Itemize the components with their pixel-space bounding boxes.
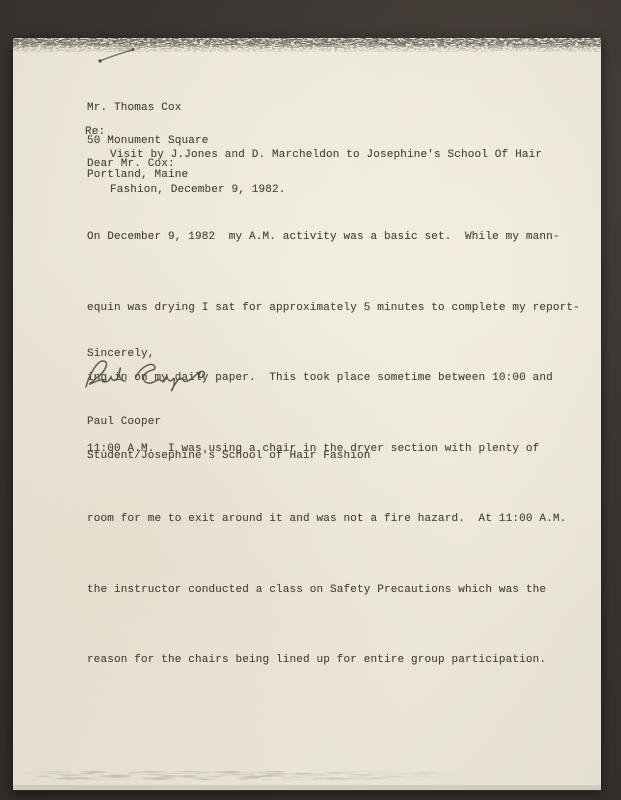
scanned-letter-screenshot: { "document": { "recipient_lines": [ "Mr… — [0, 0, 621, 800]
body-line: room for me to exit around it and was no… — [87, 508, 580, 532]
body-line: equin was drying I sat for approximately… — [87, 297, 580, 321]
paper-bottom-edge — [13, 785, 601, 790]
body-line: reason for the chairs being lined up for… — [87, 649, 580, 673]
signature — [80, 356, 220, 396]
sender-name: Paul Cooper — [87, 417, 371, 428]
re-label: Re: — [85, 127, 105, 138]
pencil-mark — [93, 41, 153, 69]
letter-page: Mr. Thomas Cox 50 Monument Square Portla… — [13, 38, 601, 790]
body-line: the instructor conducted a class on Safe… — [87, 579, 580, 603]
recipient-name: Mr. Thomas Cox — [87, 103, 209, 114]
body-line: On December 9, 1982 my A.M. activity was… — [87, 226, 580, 250]
sender-title: Student/Josephine's School of Hair Fashi… — [87, 451, 371, 462]
bottom-smudge-scan-artifact — [18, 769, 468, 782]
sender-block: Paul Cooper Student/Josephine's School o… — [87, 395, 371, 485]
salutation: Dear Mr. Cox: — [87, 159, 175, 170]
